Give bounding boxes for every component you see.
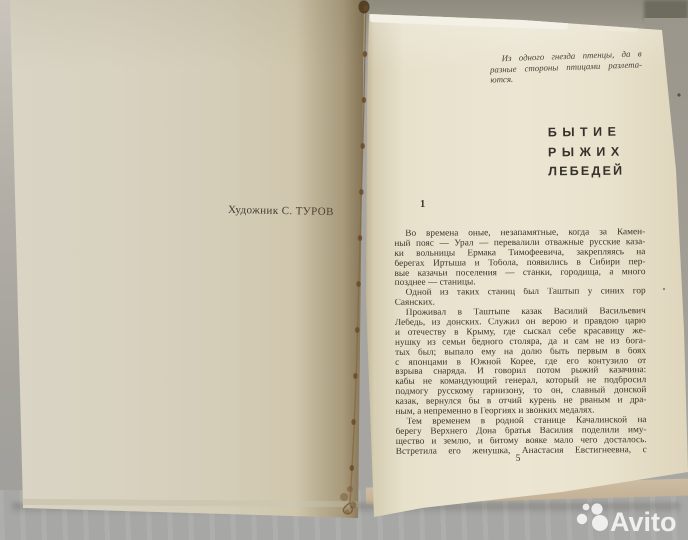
- chapter-title: БЫТИЕ РЫЖИХ ЛЕБЕДЕЙ: [548, 123, 625, 182]
- body-text: Во времена оные, незапамятные, когда за …: [394, 228, 647, 457]
- title-line: БЫТИЕ: [548, 123, 625, 143]
- avito-watermark: Avito: [560, 496, 688, 540]
- avito-wordmark: Avito: [610, 507, 677, 537]
- left-gutter-shadow: [294, 0, 364, 540]
- body-line: Одной из таких станиц был Таштып у синих…: [395, 287, 646, 299]
- title-line: РЫЖИХ: [548, 142, 625, 162]
- right-page: Из одного гнезда птенцы, да в разные сто…: [362, 0, 688, 540]
- page-number: 5: [510, 454, 526, 464]
- stitch-knot: [363, 51, 367, 57]
- table-dark-corner: [644, 0, 688, 20]
- book-photo: Художник С. ТУРОВ Из одного гнезда птенц…: [0, 0, 688, 540]
- title-line: ЛЕБЕДЕЙ: [548, 162, 625, 182]
- left-page: Художник С. ТУРОВ: [0, 0, 364, 540]
- epigraph: Из одного гнезда птенцы, да в разные сто…: [489, 48, 642, 85]
- avito-logo-icon: [577, 503, 608, 531]
- section-number: 1: [420, 199, 425, 210]
